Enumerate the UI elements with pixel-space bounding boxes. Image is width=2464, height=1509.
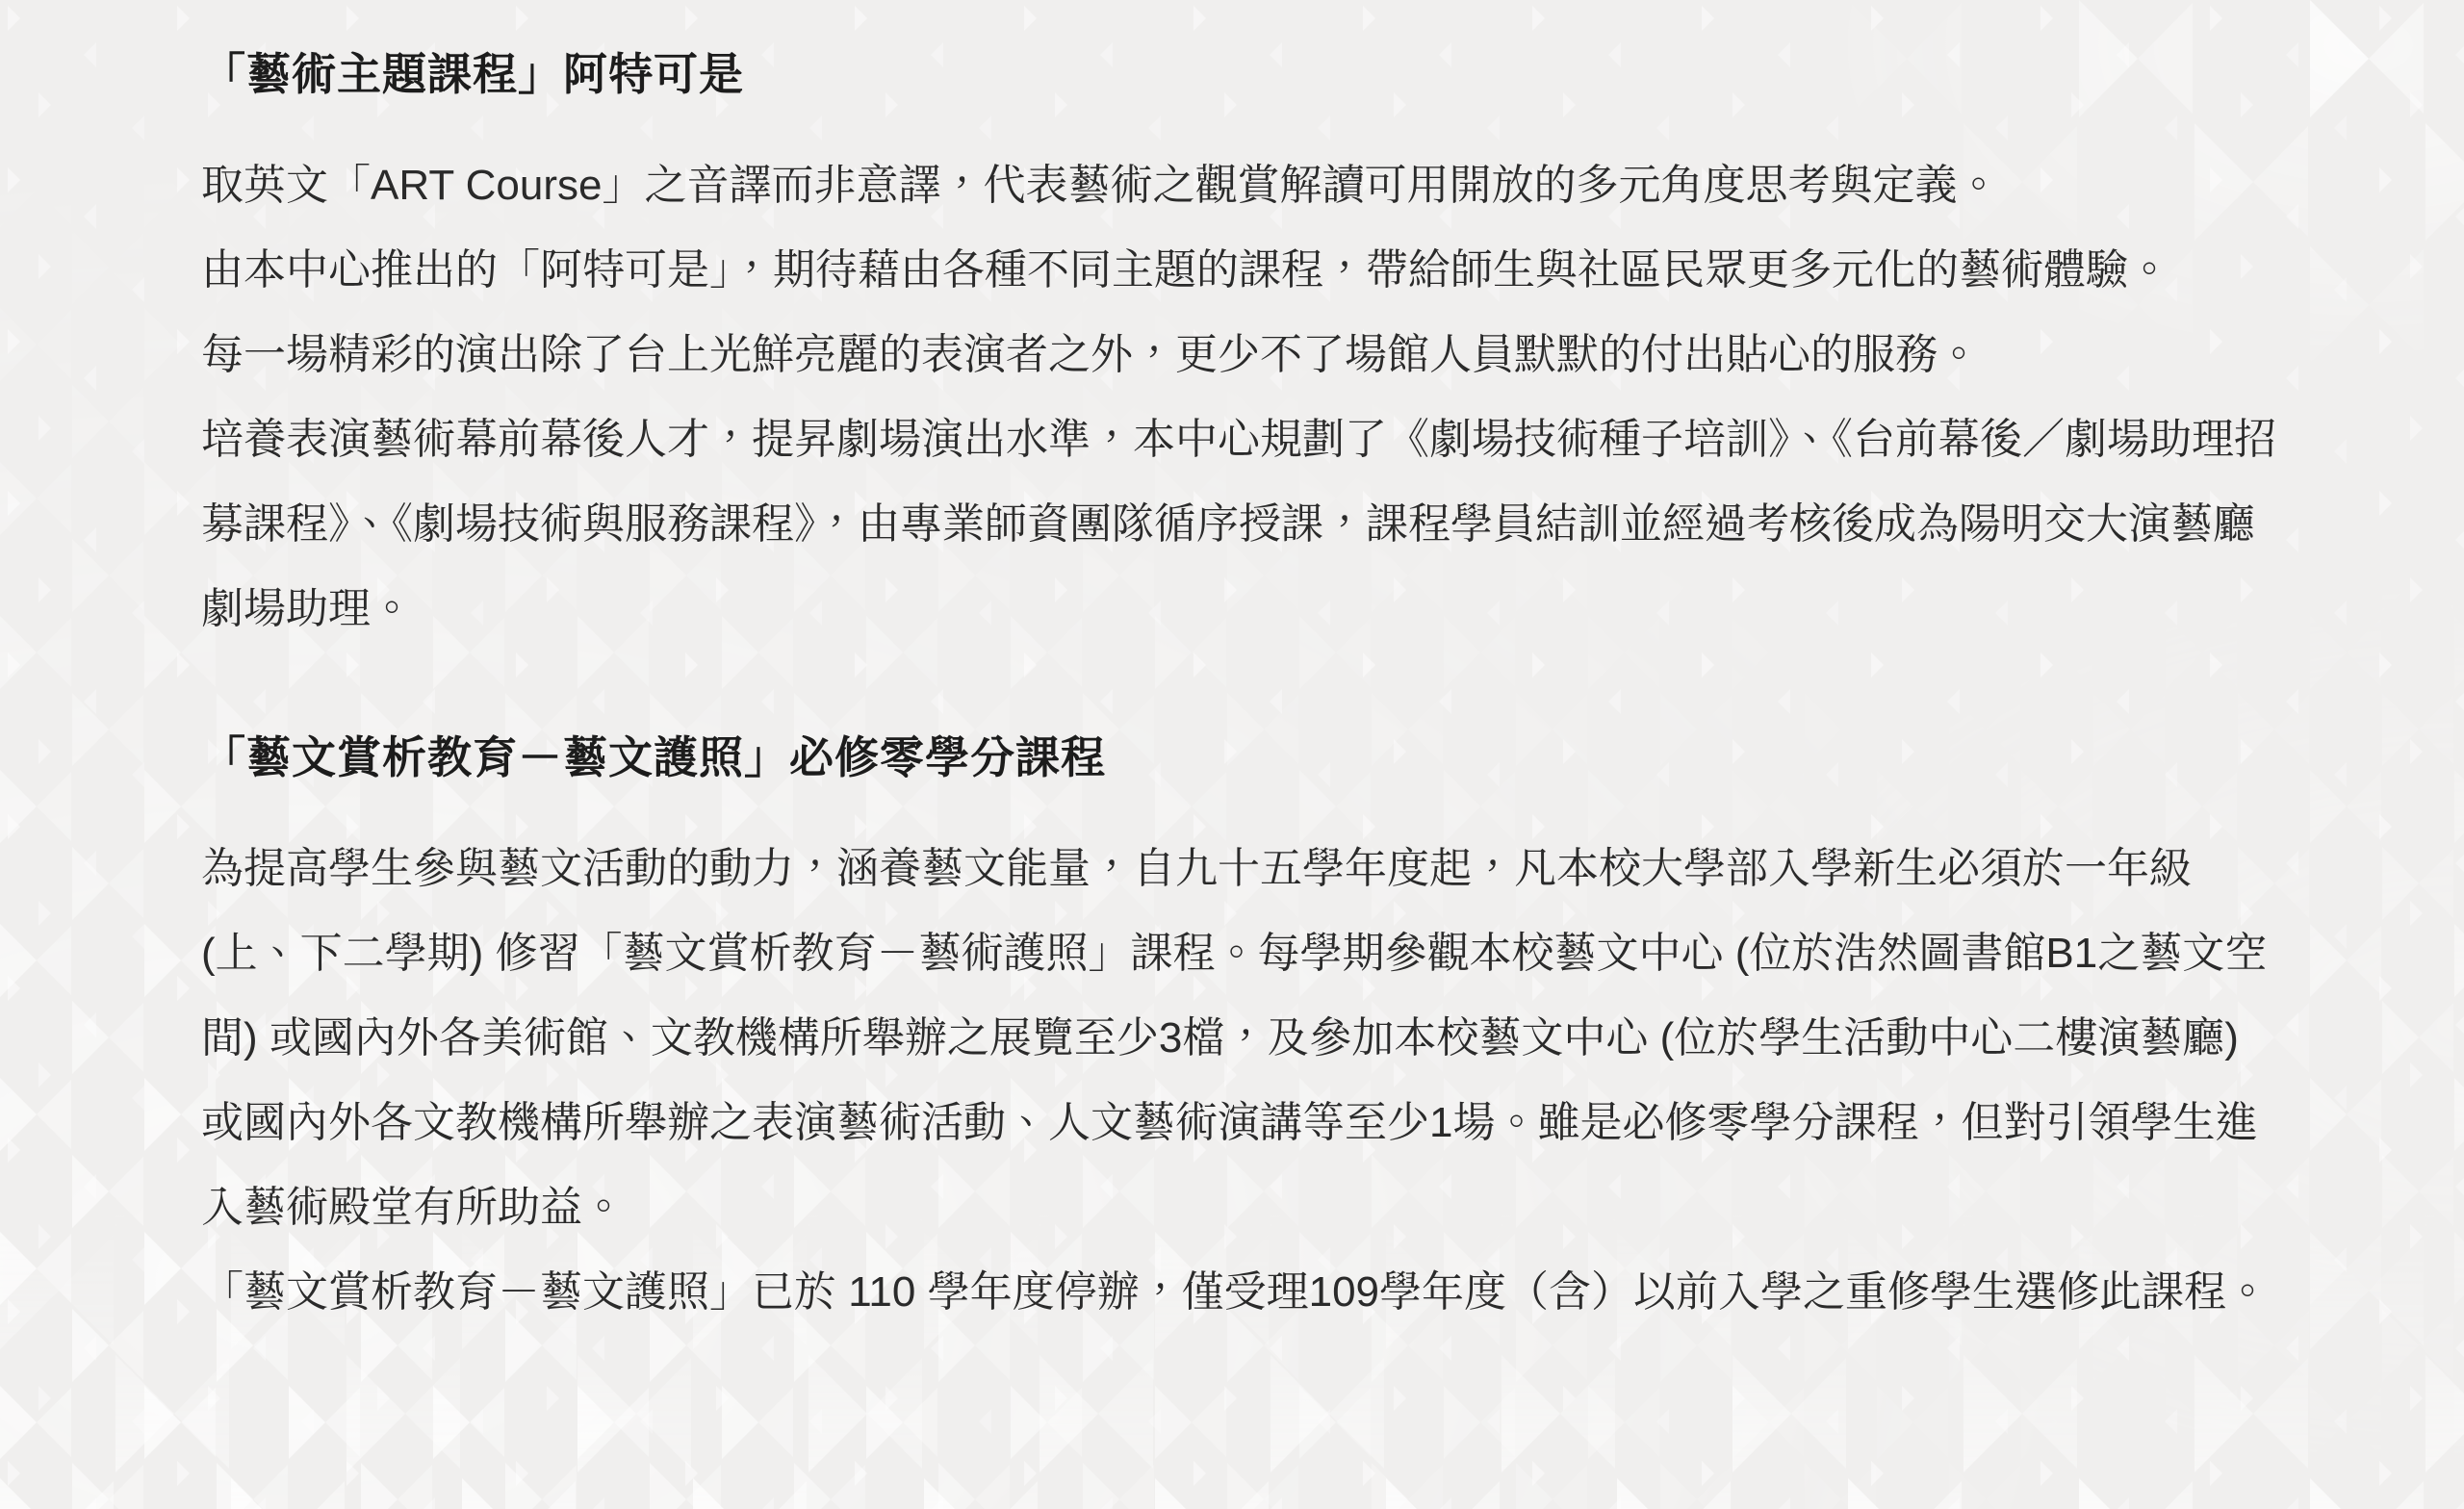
section-art-theme-course: 「藝術主題課程」阿特可是 取英文「ART Course」之音譯而非意譯，代表藝術… (201, 48, 2276, 652)
section-body: 取英文「ART Course」之音譯而非意譯，代表藝術之觀賞解讀可用開放的多元角… (201, 143, 2276, 652)
body-paragraph: 為提高學生參與藝文活動的動力，涵養藝文能量，自九十五學年度起，凡本校大學部入學新… (201, 827, 2276, 1250)
body-paragraph: 每一場精彩的演出除了台上光鮮亮麗的表演者之外，更少不了場館人員默默的付出貼心的服… (201, 313, 2276, 397)
section-body: 為提高學生參與藝文活動的動力，涵養藝文能量，自九十五學年度起，凡本校大學部入學新… (201, 827, 2276, 1335)
section-title: 「藝文賞析教育－藝文護照」必修零學分課程 (201, 731, 2276, 784)
page-content: 「藝術主題課程」阿特可是 取英文「ART Course」之音譯而非意譯，代表藝術… (201, 0, 2276, 1335)
body-paragraph: 由本中心推出的「阿特可是」，期待藉由各種不同主題的課程，帶給師生與社區民眾更多元… (201, 228, 2276, 313)
body-paragraph: 培養表演藝術幕前幕後人才，提昇劇場演出水準，本中心規劃了《劇場技術種子培訓》、《… (201, 397, 2276, 652)
body-paragraph: 「藝文賞析教育－藝文護照」已於 110 學年度停辦，僅受理109學年度（含）以前… (201, 1250, 2276, 1335)
body-paragraph: 取英文「ART Course」之音譯而非意譯，代表藝術之觀賞解讀可用開放的多元角… (201, 143, 2276, 228)
section-art-passport-course: 「藝文賞析教育－藝文護照」必修零學分課程 為提高學生參與藝文活動的動力，涵養藝文… (201, 731, 2276, 1335)
section-title: 「藝術主題課程」阿特可是 (201, 48, 2276, 101)
